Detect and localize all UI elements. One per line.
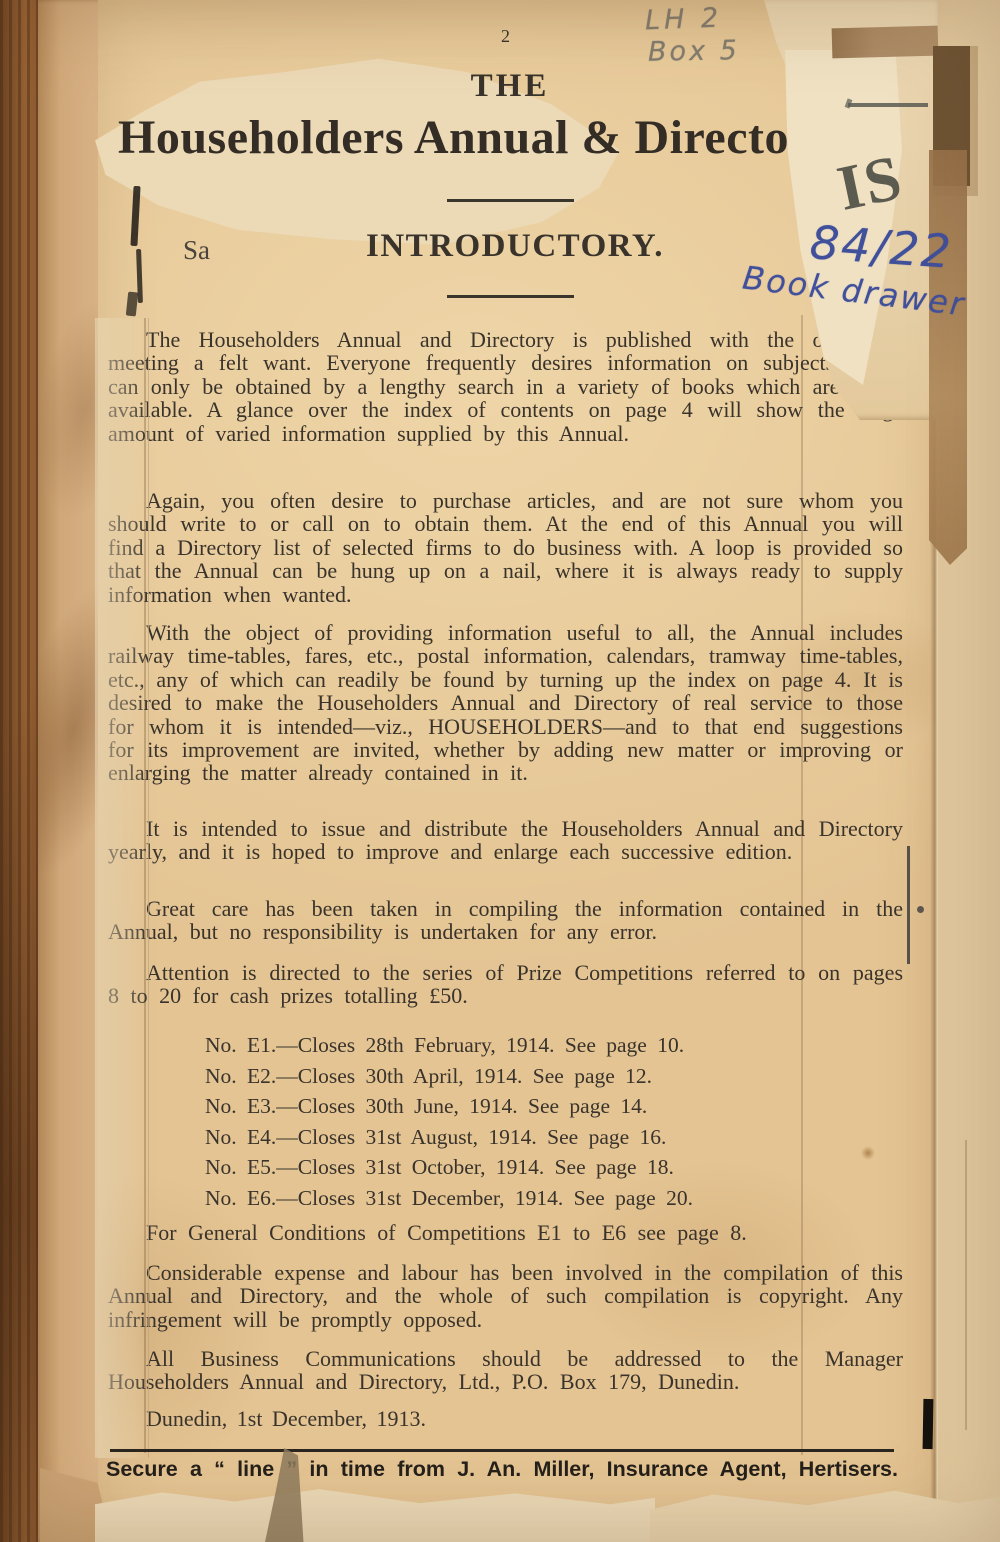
black-ink-bar bbox=[923, 1399, 934, 1449]
competition-item: No. E2.—Closes 30th April, 1914. See pag… bbox=[205, 1061, 845, 1092]
intro-paragraph: Again, you often desire to purchase arti… bbox=[108, 489, 903, 606]
ruled-line-fragment bbox=[907, 846, 910, 964]
dateline: Dunedin, 1st December, 1913. bbox=[146, 1406, 426, 1432]
brown-paper-strip bbox=[929, 150, 967, 565]
intro-paragraph: With the object of providing information… bbox=[108, 621, 903, 785]
scanned-book-page: 2 THE Householders Annual & Directo INTR… bbox=[0, 0, 1000, 1542]
advert-footer: Secure a “ line ” in time from J. An. Mi… bbox=[106, 1457, 898, 1482]
intro-paragraph: The Householders Annual and Directory is… bbox=[108, 328, 903, 445]
masthead-title: Householders Annual & Directo bbox=[118, 110, 789, 165]
print-fragment-sa: Sa bbox=[183, 235, 210, 266]
copyright-paragraph: Considerable expense and labour has been… bbox=[108, 1261, 903, 1331]
communications-paragraph: All Business Communications should be ad… bbox=[108, 1347, 903, 1394]
rust-spot bbox=[861, 1146, 875, 1160]
competition-item: No. E4.—Closes 31st August, 1914. See pa… bbox=[205, 1122, 845, 1153]
torn-band bbox=[832, 26, 939, 59]
conditions-note: For General Conditions of Competitions E… bbox=[108, 1221, 903, 1244]
competition-item: No. E1.—Closes 28th February, 1914. See … bbox=[205, 1030, 845, 1061]
pencil-dash-mark bbox=[848, 103, 928, 107]
intro-paragraph: Attention is directed to the series of P… bbox=[108, 961, 903, 1008]
intro-paragraph: Great care has been taken in compiling t… bbox=[108, 897, 903, 944]
ink-dot bbox=[917, 906, 924, 913]
competition-item: No. E6.—Closes 31st December, 1914. See … bbox=[205, 1183, 845, 1214]
competition-item: No. E5.—Closes 31st October, 1914. See p… bbox=[205, 1152, 845, 1183]
divider-rule bbox=[447, 295, 574, 298]
footer-rule bbox=[110, 1449, 894, 1452]
pencil-annotation-box: Box 5 bbox=[648, 35, 740, 68]
divider-rule bbox=[447, 199, 574, 202]
competition-item: No. E3.—Closes 30th June, 1914. See page… bbox=[205, 1091, 845, 1122]
pencil-annotation-shelf-mark: LH 2 bbox=[644, 3, 722, 37]
under-page-margin bbox=[95, 318, 149, 1458]
competition-list: No. E1.—Closes 28th February, 1914. See … bbox=[205, 1030, 845, 1214]
intro-paragraph: It is intended to issue and distribute t… bbox=[108, 817, 903, 864]
